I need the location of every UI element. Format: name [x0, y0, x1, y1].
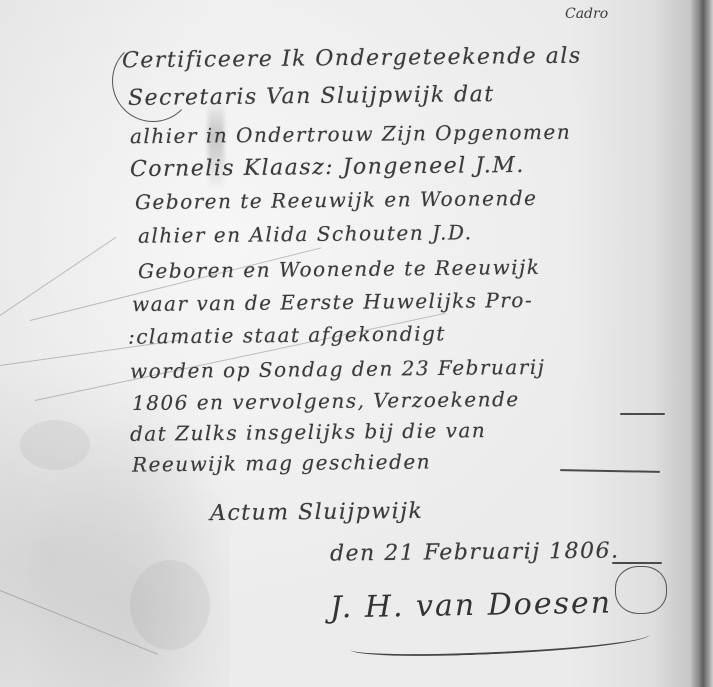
text-line-13: Reeuwijk mag geschieden	[132, 449, 431, 476]
document-scan: Cadro Certificeere Ik Ondergeteekende al…	[0, 0, 713, 687]
text-line-10: worden op Sondag den 23 Februarij	[130, 355, 546, 383]
text-line-7: Geboren en Woonende te Reeuwijk	[138, 255, 541, 283]
signature-paraph-loop	[615, 566, 667, 614]
line-end-flourish	[620, 413, 665, 415]
text-line-1: Certificeere Ik Ondergeteekende als	[122, 44, 582, 74]
paper-stain	[130, 560, 210, 650]
text-line-11: 1806 en vervolgens, Verzoekende	[132, 387, 520, 415]
signature-paraph	[350, 625, 651, 659]
text-line-4: Cornelis Klaasz: Jongeneel J.M.	[130, 153, 525, 182]
closing-date: den 21 Februarij 1806.	[330, 538, 620, 566]
text-line-8: waar van de Eerste Huwelijks Pro-	[132, 288, 533, 316]
text-line-2: Secretaris Van Sluijpwijk dat	[128, 82, 495, 111]
margin-note: Cadro	[565, 6, 608, 22]
text-line-9: :clamatie staat afgekondigt	[128, 321, 446, 348]
paper-stain	[20, 420, 90, 470]
paper-fold-line	[0, 237, 116, 316]
text-line-5: Geboren te Reeuwijk en Woonende	[135, 186, 538, 214]
text-line-6: alhier en Alida Schouten J.D.	[138, 220, 473, 248]
text-line-3: alhier in Ondertrouw Zijn Opgenomen	[130, 120, 571, 149]
line-end-flourish	[560, 469, 660, 473]
year-underline	[612, 562, 662, 564]
signature: J. H. van Doesen	[330, 586, 613, 626]
text-line-12: dat Zulks insgelijks bij die van	[130, 418, 486, 446]
closing-place: Actum Sluijpwijk	[210, 499, 424, 526]
book-binding-edge	[691, 0, 713, 687]
